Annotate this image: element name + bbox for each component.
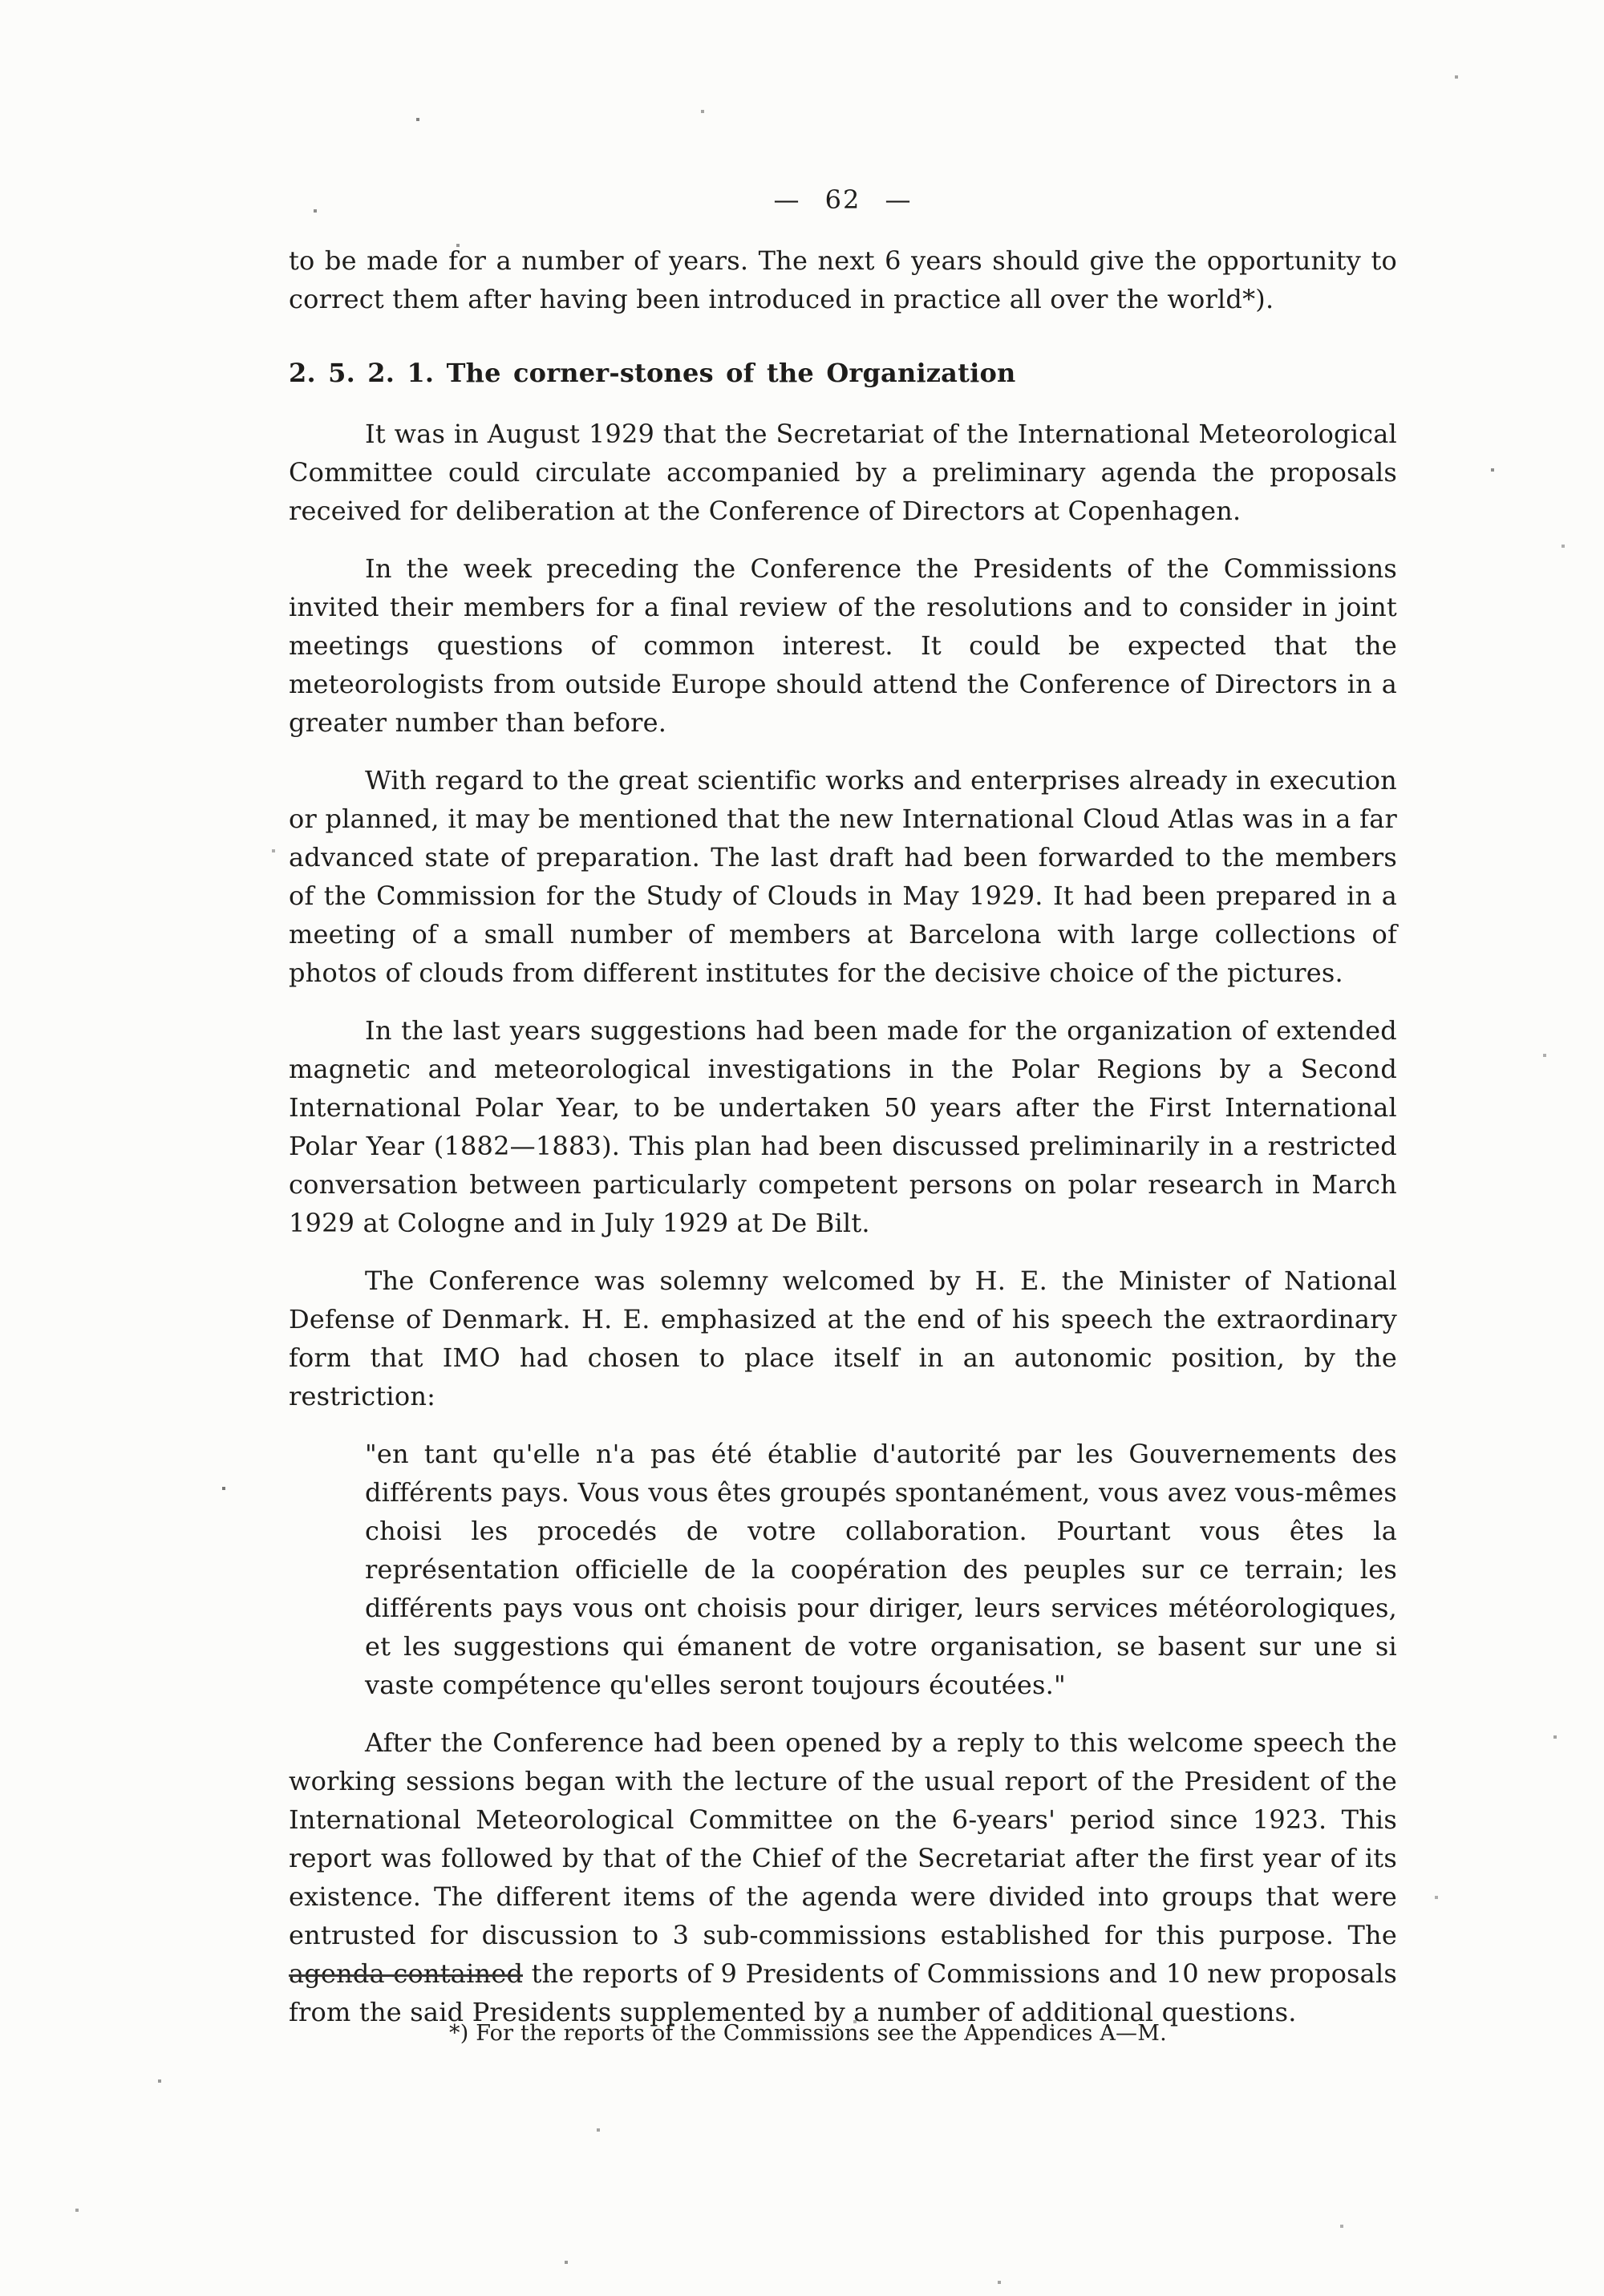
paragraph-welcome: The Conference was solemny welcomed by H… bbox=[289, 1261, 1397, 1415]
document-page: — 62 — to be made for a number of years.… bbox=[0, 0, 1604, 2296]
text-block: — 62 — to be made for a number of years.… bbox=[289, 180, 1397, 2031]
paragraph-continuation: to be made for a number of years. The ne… bbox=[289, 241, 1397, 318]
paragraph-week-preceding: In the week preceding the Conference the… bbox=[289, 549, 1397, 742]
footnote: *) For the reports of the Commissions se… bbox=[289, 2019, 1397, 2049]
paragraph-polar-year: In the last years suggestions had been m… bbox=[289, 1011, 1397, 1242]
scan-noise-specks bbox=[0, 0, 2, 2]
page-number: — 62 — bbox=[289, 180, 1397, 219]
paragraph-cloud-atlas: With regard to the great scientific work… bbox=[289, 761, 1397, 992]
section-heading: 2. 5. 2. 1. The corner-stones of the Org… bbox=[289, 354, 1397, 392]
footnote-rule bbox=[289, 1974, 523, 1977]
paragraph-secretariat: It was in August 1929 that the Secretari… bbox=[289, 415, 1397, 530]
french-quotation-block: "en tant qu'elle n'a pas été établie d'a… bbox=[365, 1435, 1397, 1704]
footnote-area: *) For the reports of the Commissions se… bbox=[289, 1974, 1397, 2049]
